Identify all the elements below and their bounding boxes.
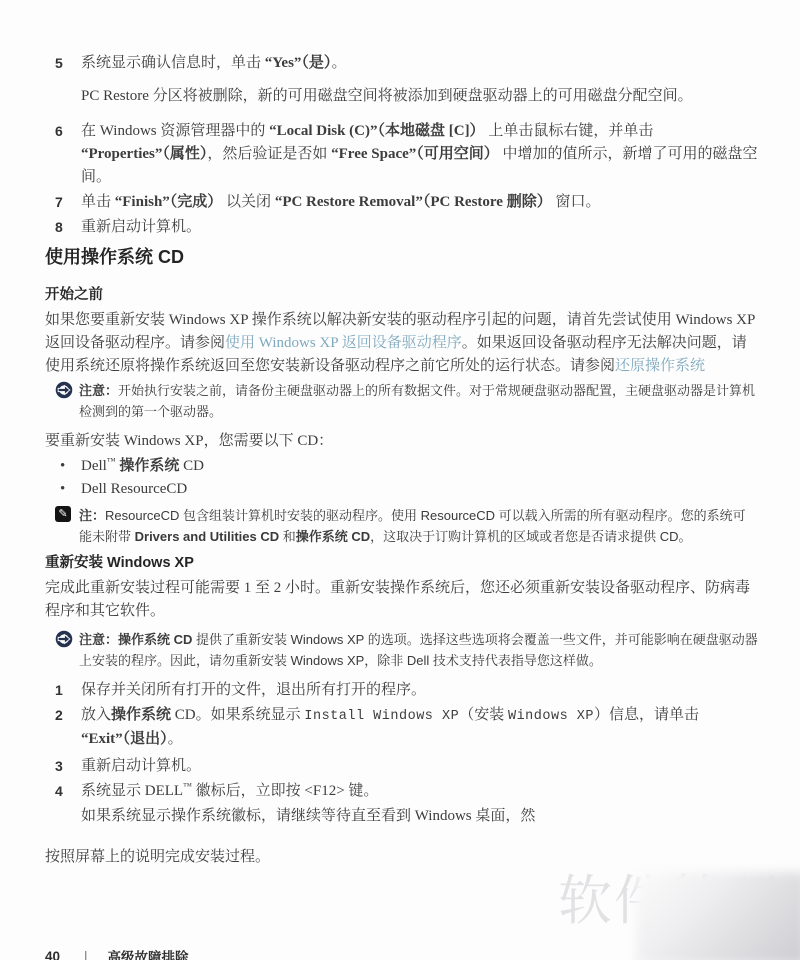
list-item-text: Dell ResourceCD: [81, 478, 187, 501]
step-item-2: 2 放入操作系统 CD。如果系统显示 Install Windows XP（安装…: [45, 704, 758, 751]
step-item-4: 4 系统显示 DELL™ 徽标后，立即按 <F12> 键。: [45, 780, 758, 803]
reinstall-intro-paragraph: 完成此重新安装过程可能需要 1 至 2 小时。重新安装操作系统后，您还必须重新安…: [45, 577, 758, 623]
step-number: 1: [45, 679, 81, 702]
step-text: 保存并关闭所有打开的文件，退出所有打开的程序。: [81, 679, 758, 702]
footer-chapter-title: 高级故障排除: [108, 946, 189, 960]
bullet-icon: •: [60, 478, 81, 501]
step-text: 单击 “Finish”（完成） 以关闭 “PC Restore Removal”…: [81, 191, 758, 214]
step-item-5: 5 系统显示确认信息时，单击 “Yes”（是）。: [45, 52, 758, 75]
step-number: 8: [45, 216, 81, 239]
step-number: 4: [45, 780, 81, 803]
step-text: 重新启动计算机。: [81, 216, 758, 239]
notice-text: 注意：操作系统 CD 提供了重新安装 Windows XP 的选项。选择这些选项…: [79, 629, 758, 671]
step-result-text: PC Restore 分区将被删除，新的可用磁盘空间将被添加到硬盘驱动器上的可用…: [45, 85, 758, 108]
subsection-title-reinstall-xp: 重新安装 Windows XP: [45, 553, 758, 573]
bullet-icon: •: [60, 455, 81, 478]
section-title-os-cd: 使用操作系统 CD: [45, 245, 758, 269]
notice-callout-os-cd-options: 注意：操作系统 CD 提供了重新安装 Windows XP 的选项。选择这些选项…: [45, 629, 758, 671]
step-item-3: 3 重新启动计算机。: [45, 755, 758, 778]
note-pencil-icon: ✎: [55, 505, 79, 522]
note-callout-resourcecd: ✎ 注：ResourceCD 包含组装计算机时安装的驱动程序。使用 Resour…: [45, 505, 758, 547]
step-number: 7: [45, 191, 81, 214]
link-restore-os[interactable]: 还原操作系统: [615, 358, 705, 374]
notice-callout-backup: 注意：开始执行安装之前，请备份主硬盘驱动器上的所有数据文件。对于常规硬盘驱动器配…: [45, 380, 758, 422]
page-number: 40: [45, 949, 60, 960]
list-item-resource-cd: • Dell ResourceCD: [45, 478, 758, 501]
step-text: 系统显示确认信息时，单击 “Yes”（是）。: [81, 52, 758, 75]
step-text: 在 Windows 资源管理器中的 “Local Disk (C)”（本地磁盘 …: [81, 120, 758, 189]
notice-text: 注意：开始执行安装之前，请备份主硬盘驱动器上的所有数据文件。对于常规硬盘驱动器配…: [79, 380, 758, 422]
step-number: 3: [45, 755, 81, 778]
step-number: 6: [45, 120, 81, 143]
page-content: 5 系统显示确认信息时，单击 “Yes”（是）。 PC Restore 分区将被…: [0, 0, 800, 869]
before-you-begin-paragraph: 如果您要重新安装 Windows XP 操作系统以解决新安装的驱动程序引起的问题…: [45, 309, 758, 378]
scan-smudge-artifact: [636, 872, 800, 960]
list-item-os-cd: • Dell™ 操作系统 CD: [45, 455, 758, 478]
step-text: 放入操作系统 CD。如果系统显示 Install Windows XP（安装 W…: [81, 704, 758, 751]
step-item-7: 7 单击 “Finish”（完成） 以关闭 “PC Restore Remova…: [45, 191, 758, 214]
closing-paragraph: 按照屏幕上的说明完成安装过程。: [45, 846, 758, 869]
step-text: 重新启动计算机。: [81, 755, 758, 778]
step-4-subtext: 如果系统显示操作系统徽标，请继续等待直至看到 Windows 桌面，然: [45, 805, 758, 828]
list-item-text: Dell™ 操作系统 CD: [81, 455, 204, 478]
link-device-driver-rollback[interactable]: 使用 Windows XP 返回设备驱动程序: [225, 335, 462, 351]
page-footer: 40 | 高级故障排除: [45, 946, 189, 960]
note-text: 注：ResourceCD 包含组装计算机时安装的驱动程序。使用 Resource…: [79, 505, 758, 547]
notice-arrow-icon: [55, 629, 79, 648]
notice-arrow-icon: [55, 380, 79, 399]
manual-page: 5 系统显示确认信息时，单击 “Yes”（是）。 PC Restore 分区将被…: [0, 0, 800, 960]
step-number: 2: [45, 704, 81, 727]
step-item-6: 6 在 Windows 资源管理器中的 “Local Disk (C)”（本地磁…: [45, 120, 758, 189]
step-text: 系统显示 DELL™ 徽标后，立即按 <F12> 键。: [81, 780, 758, 803]
footer-divider: |: [84, 949, 88, 960]
cd-requirements-intro: 要重新安装 Windows XP，您需要以下 CD：: [45, 430, 758, 453]
subsection-title-before-you-begin: 开始之前: [45, 285, 758, 305]
step-number: 5: [45, 52, 81, 75]
step-item-1: 1 保存并关闭所有打开的文件，退出所有打开的程序。: [45, 679, 758, 702]
step-item-8: 8 重新启动计算机。: [45, 216, 758, 239]
